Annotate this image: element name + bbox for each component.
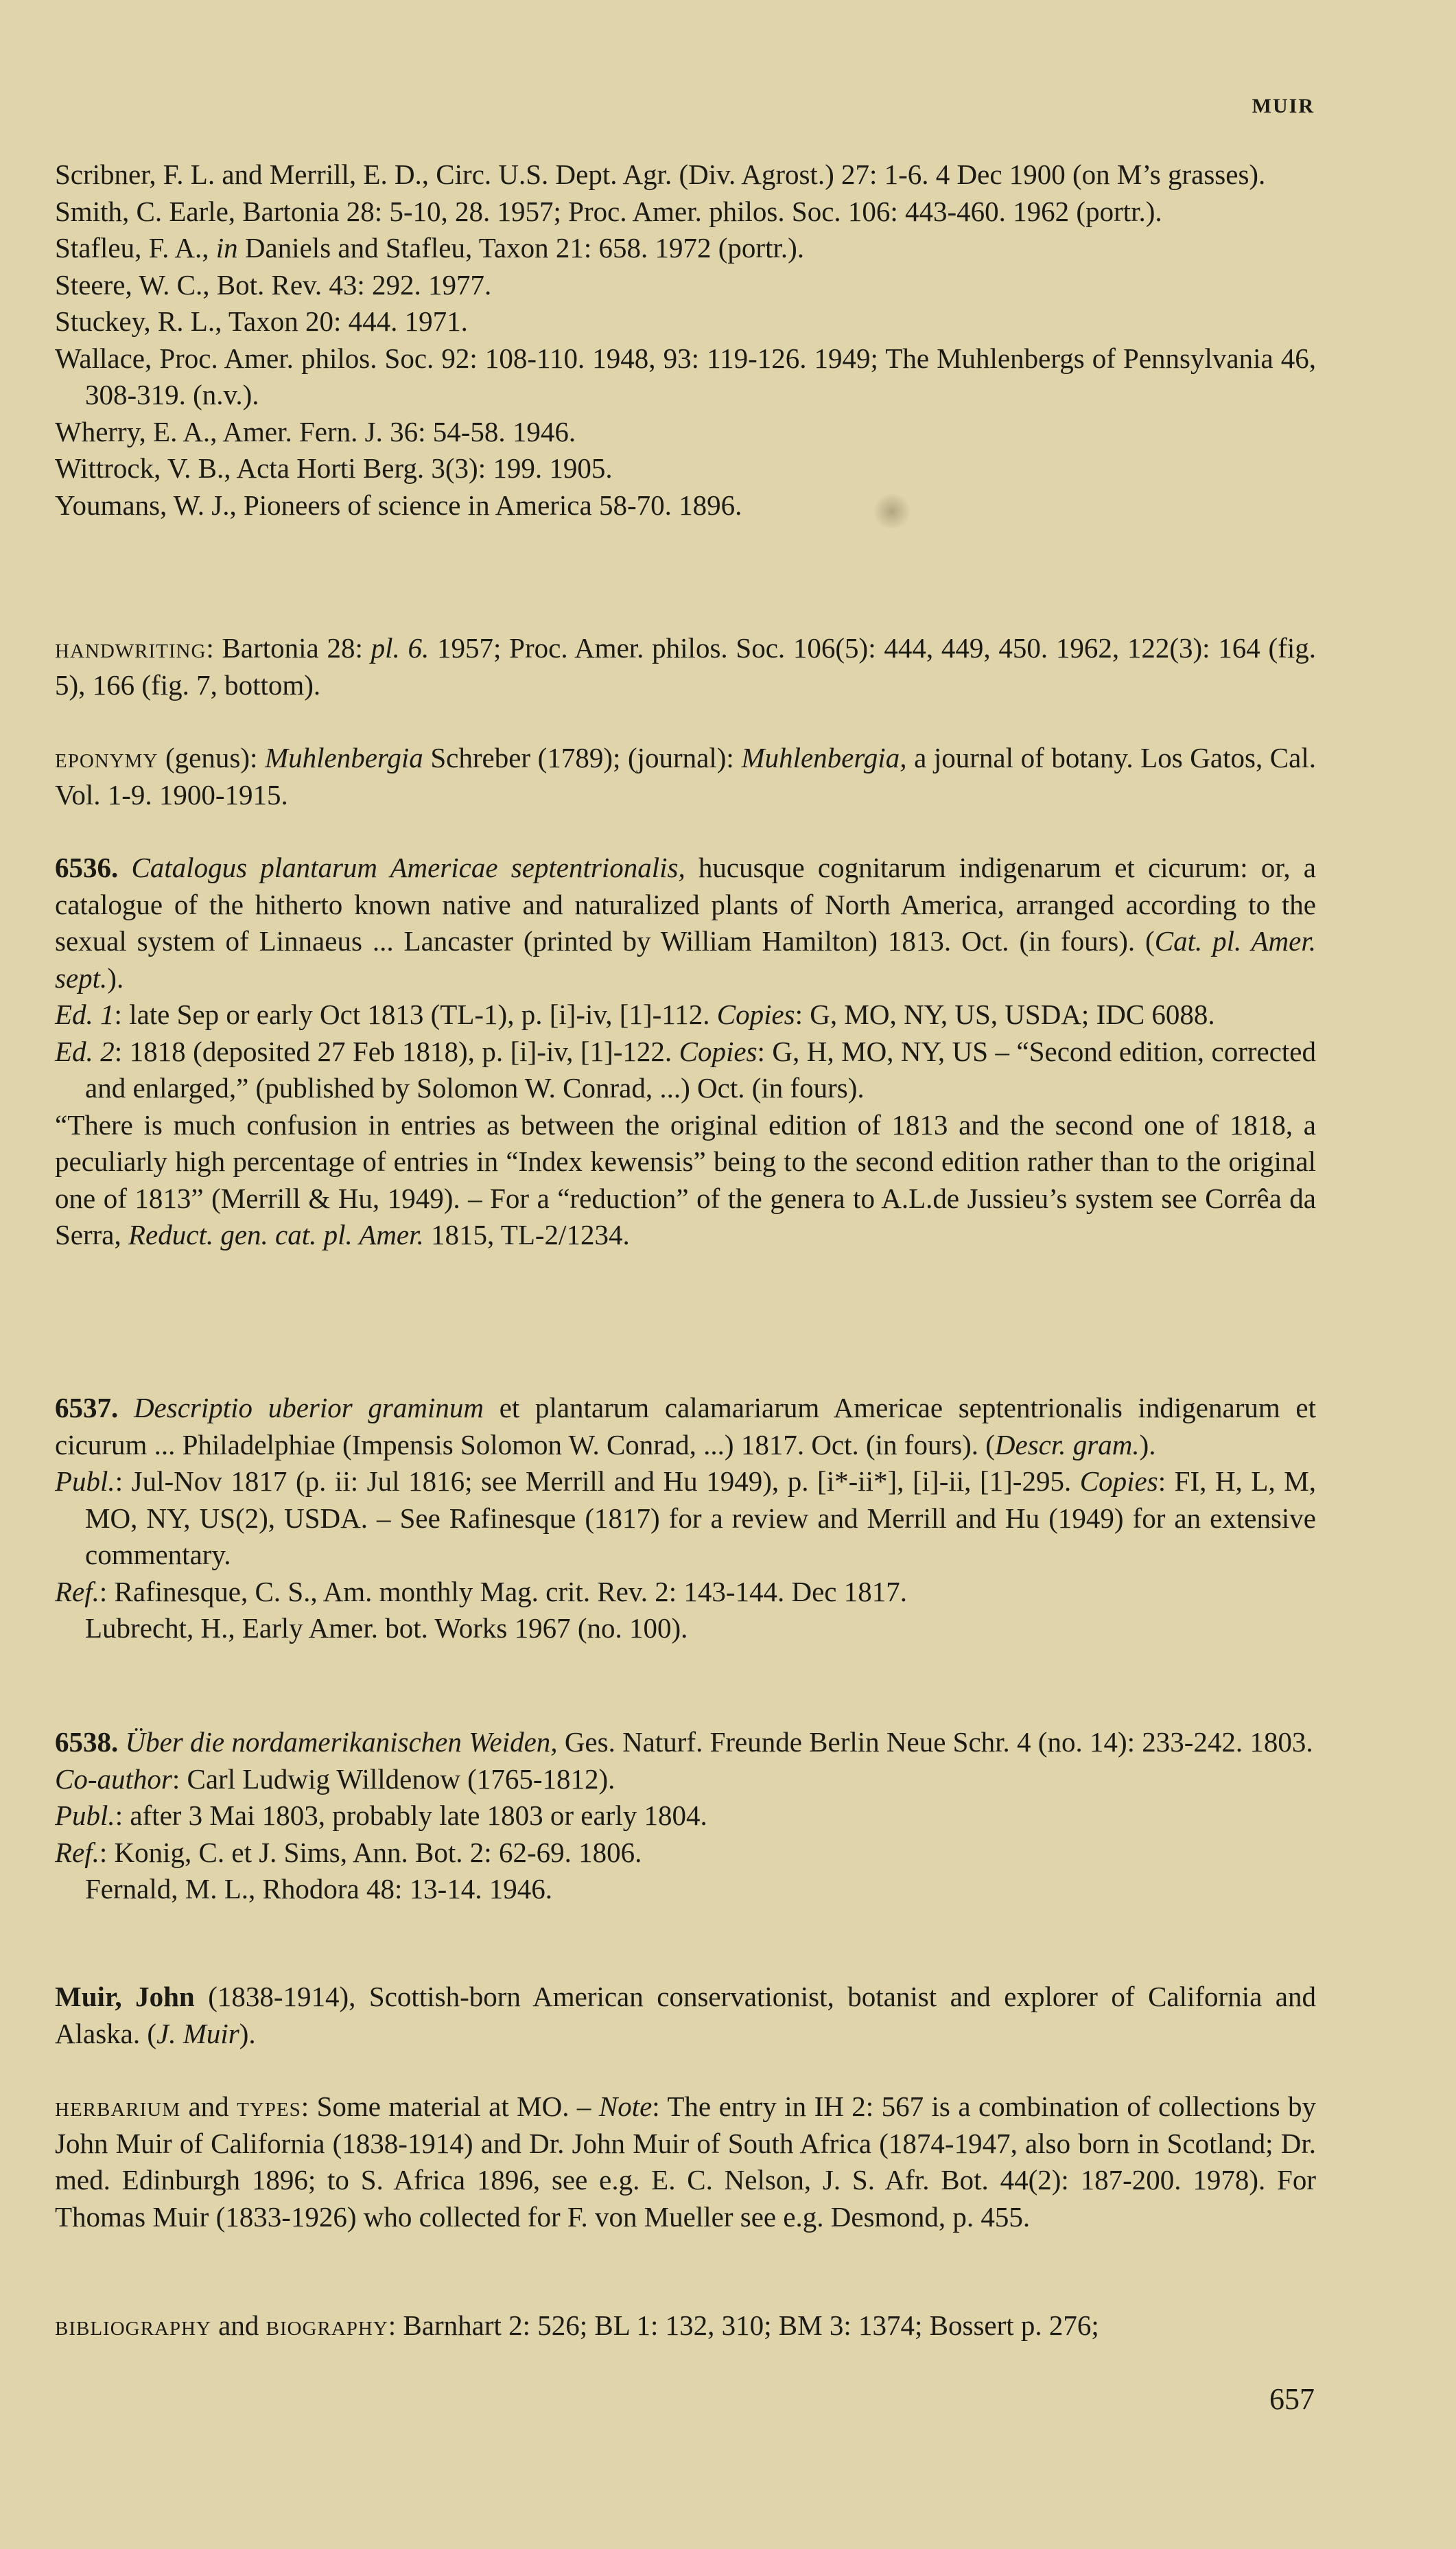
reference-item: Smith, C. Earle, Bartonia 28: 5-10, 28. … [55, 194, 1316, 231]
reference-item: Youmans, W. J., Pioneers of science in A… [55, 487, 1316, 524]
entry-note: “There is much confusion in entries as b… [55, 1107, 1316, 1254]
section-label: herbarium [55, 2091, 180, 2122]
section-label: eponymy [55, 742, 158, 773]
reference-item: Scribner, F. L. and Merrill, E. D., Circ… [55, 156, 1316, 194]
reference-item: Steere, W. C., Bot. Rev. 43: 292. 1977. [55, 267, 1316, 304]
author-heading: Muir, John (1838-1914), Scottish-born Am… [55, 1979, 1316, 2052]
section-label: types [237, 2091, 301, 2122]
entry-title: 6536. Catalogus plantarum Americae septe… [55, 850, 1316, 997]
entry-6537: 6537. Descriptio uberior graminum et pla… [55, 1390, 1316, 1647]
running-head: MUIR [1252, 95, 1315, 118]
publication-info: Publ.: after 3 Mai 1803, probably late 1… [55, 1797, 1316, 1835]
herbarium-section: herbarium and types: Some material at MO… [55, 2088, 1316, 2235]
co-author: Co-author: Carl Ludwig Willdenow (1765-1… [55, 1761, 1316, 1798]
references: Ref.: Konig, C. et J. Sims, Ann. Bot. 2:… [55, 1835, 1316, 1872]
section-label: handwriting [55, 632, 206, 664]
reference-item: Stafleu, F. A., in Daniels and Stafleu, … [55, 230, 1316, 267]
eponymy-paragraph: eponymy (genus): Muhlenbergia Schreber (… [55, 740, 1316, 813]
reference-item: Stuckey, R. L., Taxon 20: 444. 1971. [55, 303, 1316, 340]
entry-6538: 6538. Über die nordamerikanischen Weiden… [55, 1724, 1316, 1908]
reference-item: Wherry, E. A., Amer. Fern. J. 36: 54-58.… [55, 414, 1316, 451]
references-continued: Lubrecht, H., Early Amer. bot. Works 196… [55, 1610, 1316, 1647]
author-name: Muir, John [55, 1981, 195, 2012]
publication-info: Publ.: Jul-Nov 1817 (p. ii: Jul 1816; se… [55, 1463, 1316, 1574]
bibliography-section: bibliography and biography: Barnhart 2: … [55, 2307, 1316, 2344]
edition-1: Ed. 1: late Sep or early Oct 1813 (TL-1)… [55, 997, 1316, 1034]
edition-2: Ed. 2: 1818 (deposited 27 Feb 1818), p. … [55, 1034, 1316, 1107]
author-entry-muir: Muir, John (1838-1914), Scottish-born Am… [55, 1979, 1316, 2052]
entry-number: 6536. [55, 852, 118, 883]
entry-title: 6537. Descriptio uberior graminum et pla… [55, 1390, 1316, 1463]
reference-item: Wittrock, V. B., Acta Horti Berg. 3(3): … [55, 450, 1316, 487]
handwriting-paragraph: handwriting: Bartonia 28: pl. 6. 1957; P… [55, 630, 1316, 703]
herbarium-paragraph: herbarium and types: Some material at MO… [55, 2088, 1316, 2235]
section-label: bibliography [55, 2309, 211, 2341]
entry-6536: 6536. Catalogus plantarum Americae septe… [55, 850, 1316, 1254]
section-label: biography [266, 2309, 388, 2341]
bibliography-paragraph: bibliography and biography: Barnhart 2: … [55, 2307, 1316, 2344]
entry-number: 6538. [55, 1726, 118, 1758]
references: Ref.: Rafinesque, C. S., Am. monthly Mag… [55, 1574, 1316, 1611]
references-continued: Fernald, M. L., Rhodora 48: 13-14. 1946. [55, 1871, 1316, 1908]
entry-title: 6538. Über die nordamerikanischen Weiden… [55, 1724, 1316, 1761]
eponymy-section: eponymy (genus): Muhlenbergia Schreber (… [55, 740, 1316, 813]
page-number: 657 [1269, 2382, 1315, 2417]
reference-list: Scribner, F. L. and Merrill, E. D., Circ… [55, 156, 1316, 524]
handwriting-section: handwriting: Bartonia 28: pl. 6. 1957; P… [55, 630, 1316, 703]
entry-number: 6537. [55, 1392, 118, 1423]
reference-item: Wallace, Proc. Amer. philos. Soc. 92: 10… [55, 340, 1316, 414]
